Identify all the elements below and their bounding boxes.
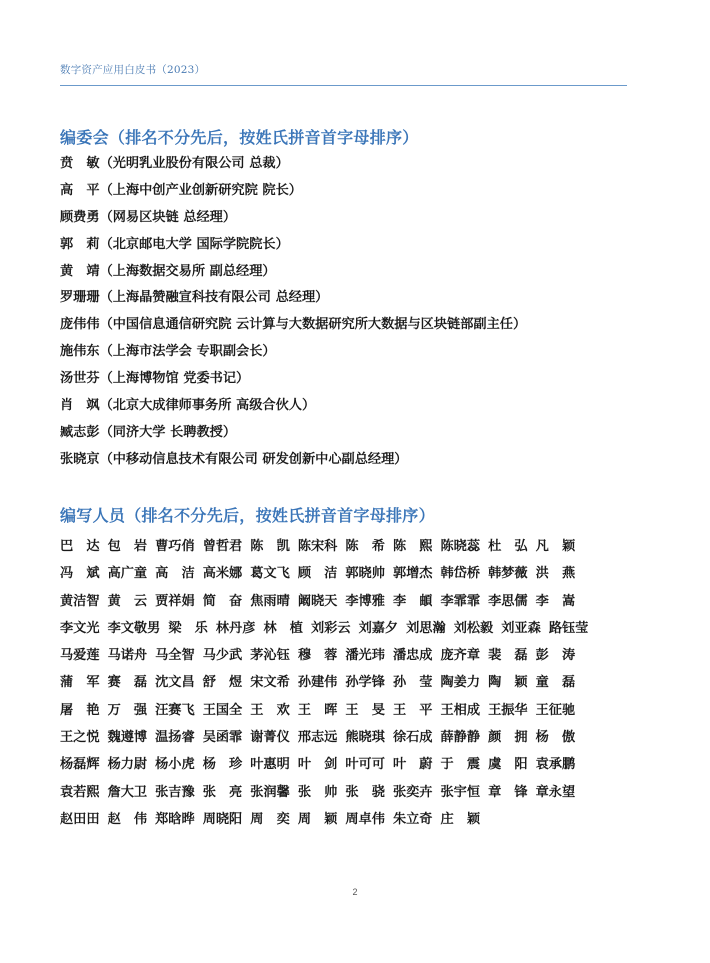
member-name: 郭 莉 bbox=[60, 235, 100, 255]
author-name: 赵 伟 bbox=[108, 810, 148, 837]
author-name: 孙学锋 bbox=[345, 673, 385, 700]
authors-section-title: 编写人员（排名不分先后，按姓氏拼音首字母排序） bbox=[60, 503, 435, 526]
author-name: 孙建伟 bbox=[298, 673, 338, 700]
author-name: 林丹彦 bbox=[216, 619, 256, 646]
member-name: 黄 靖 bbox=[60, 262, 100, 282]
member-affiliation: （北京邮电大学 国际学院院长） bbox=[100, 237, 289, 252]
author-name: 李文敬男 bbox=[108, 619, 161, 646]
author-name: 马诺舟 bbox=[108, 646, 148, 673]
committee-section-title: 编委会（排名不分先后，按姓氏拼音首字母排序） bbox=[60, 125, 419, 148]
author-name: 张吉豫 bbox=[155, 783, 195, 810]
author-name: 巴 达 bbox=[60, 537, 100, 564]
author-name: 路钰莹 bbox=[549, 619, 589, 646]
author-name: 沈文昌 bbox=[155, 673, 195, 700]
committee-member: 贲 敏（光明乳业股份有限公司 总裁） bbox=[60, 154, 526, 181]
authors-row: 袁若熙詹大卫张吉豫张 亮张润馨张 帅张 骁张奕卉张宇恒章 锋章永望 bbox=[60, 783, 660, 810]
author-name: 魏遵博 bbox=[108, 728, 148, 755]
author-name: 王相成 bbox=[441, 701, 481, 728]
author-name: 杨 珍 bbox=[203, 755, 243, 782]
author-name: 林 植 bbox=[263, 619, 303, 646]
author-name: 袁若熙 bbox=[60, 783, 100, 810]
header-rule bbox=[60, 85, 627, 86]
author-name: 梁 乐 bbox=[168, 619, 208, 646]
author-name: 熊晓琪 bbox=[345, 728, 385, 755]
author-name: 虞 阳 bbox=[488, 755, 528, 782]
author-name: 杜 弘 bbox=[488, 537, 528, 564]
committee-member: 施伟东（上海市法学会 专职副会长） bbox=[60, 342, 526, 369]
author-name: 高米娜 bbox=[203, 564, 243, 591]
author-name: 叶 剑 bbox=[298, 755, 338, 782]
committee-member: 臧志彭（同济大学 长聘教授） bbox=[60, 423, 526, 450]
author-name: 温扬睿 bbox=[155, 728, 195, 755]
member-affiliation: （光明乳业股份有限公司 总裁） bbox=[100, 156, 289, 171]
author-name: 颜 拥 bbox=[488, 728, 528, 755]
author-name: 周卓伟 bbox=[345, 810, 385, 837]
author-name: 焦雨晴 bbox=[250, 592, 290, 619]
member-affiliation: （上海市法学会 专职副会长） bbox=[100, 344, 276, 359]
author-name: 凡 颖 bbox=[536, 537, 576, 564]
page-number: 2 bbox=[0, 887, 710, 897]
author-name: 彭 涛 bbox=[536, 646, 576, 673]
authors-row: 李文光李文敬男梁 乐林丹彦林 植刘彩云刘嘉夕刘思瀚刘松毅刘亚森路钰莹 bbox=[60, 619, 660, 646]
author-name: 韩梦薇 bbox=[488, 564, 528, 591]
member-affiliation: （上海晶赞融宣科技有限公司 总经理） bbox=[100, 290, 329, 305]
author-name: 李文光 bbox=[60, 619, 100, 646]
author-name: 高广童 bbox=[108, 564, 148, 591]
authors-row: 巴 达包 岩曹巧俏曾哲君陈 凯陈宋科陈 希陈 熙陈晓蕊杜 弘凡 颖 bbox=[60, 537, 660, 564]
authors-row: 冯 斌高广童高 洁高米娜葛文飞顾 洁郭晓帅郭增杰韩岱桥韩梦薇洪 燕 bbox=[60, 564, 660, 591]
authors-row: 蒲 军赛 磊沈文昌舒 煜宋文希孙建伟孙学锋孙 莹陶姜力陶 颖童 磊 bbox=[60, 673, 660, 700]
author-name: 周晓阳 bbox=[203, 810, 243, 837]
committee-member: 张晓京（中移动信息技术有限公司 研发创新中心副总经理） bbox=[60, 450, 526, 477]
document-title: 数字资产应用白皮书（2023） bbox=[60, 63, 627, 77]
author-name: 周 颖 bbox=[298, 810, 338, 837]
author-name: 陈 熙 bbox=[393, 537, 433, 564]
author-name: 陈 希 bbox=[345, 537, 385, 564]
author-name: 张奕卉 bbox=[393, 783, 433, 810]
author-name: 潘光玮 bbox=[345, 646, 385, 673]
author-name: 陈宋科 bbox=[298, 537, 338, 564]
author-name: 葛文飞 bbox=[250, 564, 290, 591]
author-name: 冯 斌 bbox=[60, 564, 100, 591]
author-name: 刘彩云 bbox=[311, 619, 351, 646]
author-name: 陈晓蕊 bbox=[441, 537, 481, 564]
author-name: 黄洁智 bbox=[60, 592, 100, 619]
author-name: 袁承鹏 bbox=[536, 755, 576, 782]
author-name: 叶可可 bbox=[345, 755, 385, 782]
author-name: 童 磊 bbox=[536, 673, 576, 700]
author-name: 刘嘉夕 bbox=[359, 619, 399, 646]
author-name: 高 洁 bbox=[155, 564, 195, 591]
member-name: 施伟东 bbox=[60, 342, 100, 362]
author-name: 王 旻 bbox=[345, 701, 385, 728]
member-name: 张晓京 bbox=[60, 450, 100, 470]
member-affiliation: （中移动信息技术有限公司 研发创新中心副总经理） bbox=[100, 452, 408, 467]
author-name: 郑晗晔 bbox=[155, 810, 195, 837]
author-name: 马少武 bbox=[203, 646, 243, 673]
member-name: 庞伟伟 bbox=[60, 315, 100, 335]
author-name: 顾 洁 bbox=[298, 564, 338, 591]
author-name: 叶 蔚 bbox=[393, 755, 433, 782]
author-name: 张润馨 bbox=[250, 783, 290, 810]
author-name: 李 嵩 bbox=[536, 592, 576, 619]
member-name: 顾费勇 bbox=[60, 208, 100, 228]
author-name: 杨小虎 bbox=[155, 755, 195, 782]
author-name: 阚晓天 bbox=[298, 592, 338, 619]
member-affiliation: （北京大成律师事务所 高级合伙人） bbox=[100, 398, 316, 413]
author-name: 裴 磊 bbox=[488, 646, 528, 673]
author-name: 周 奕 bbox=[250, 810, 290, 837]
author-name: 王 晖 bbox=[298, 701, 338, 728]
author-name: 张 帅 bbox=[298, 783, 338, 810]
author-name: 孙 莹 bbox=[393, 673, 433, 700]
committee-member: 高 平（上海中创产业创新研究院 院长） bbox=[60, 181, 526, 208]
author-name: 赵田田 bbox=[60, 810, 100, 837]
author-name: 杨 傲 bbox=[536, 728, 576, 755]
author-name: 朱立奇 bbox=[393, 810, 433, 837]
running-header: 数字资产应用白皮书（2023） bbox=[60, 63, 627, 86]
member-affiliation: （上海数据交易所 副总经理） bbox=[100, 264, 276, 279]
member-name: 罗珊珊 bbox=[60, 288, 100, 308]
member-name: 肖 飒 bbox=[60, 396, 100, 416]
author-name: 庄 颖 bbox=[441, 810, 481, 837]
member-affiliation: （网易区块链 总经理） bbox=[100, 210, 236, 225]
author-name: 谢菁仪 bbox=[250, 728, 290, 755]
author-name: 王 平 bbox=[393, 701, 433, 728]
authors-row: 王之悦魏遵博温扬睿吴函霏谢菁仪邢志远熊晓琪徐石成薛静静颜 拥杨 傲 bbox=[60, 728, 660, 755]
author-name: 潘忠成 bbox=[393, 646, 433, 673]
member-name: 汤世芬 bbox=[60, 369, 100, 389]
member-name: 臧志彭 bbox=[60, 423, 100, 443]
author-name: 张 亮 bbox=[203, 783, 243, 810]
member-affiliation: （上海博物馆 党委书记） bbox=[100, 371, 250, 386]
author-name: 王 欢 bbox=[250, 701, 290, 728]
author-name: 简 奋 bbox=[203, 592, 243, 619]
author-name: 陶 颖 bbox=[488, 673, 528, 700]
authors-row: 黄洁智黄 云贾祥娟简 奋焦雨晴阚晓天李博雅李 頔李霏霏李思儒李 嵩 bbox=[60, 592, 660, 619]
author-name: 茅沁钰 bbox=[250, 646, 290, 673]
committee-member: 黄 靖（上海数据交易所 副总经理） bbox=[60, 262, 526, 289]
author-name: 刘松毅 bbox=[454, 619, 494, 646]
committee-member: 罗珊珊（上海晶赞融宣科技有限公司 总经理） bbox=[60, 288, 526, 315]
authors-row: 赵田田赵 伟郑晗晔周晓阳周 奕周 颖周卓伟朱立奇庄 颖 bbox=[60, 810, 660, 837]
author-name: 贾祥娟 bbox=[155, 592, 195, 619]
author-name: 屠 艳 bbox=[60, 701, 100, 728]
author-name: 杨力尉 bbox=[108, 755, 148, 782]
authors-row: 马爱莲马诺舟马全智马少武茅沁钰穆 蓉潘光玮潘忠成庞齐章裴 磊彭 涛 bbox=[60, 646, 660, 673]
author-name: 李霏霏 bbox=[441, 592, 481, 619]
author-name: 舒 煜 bbox=[203, 673, 243, 700]
author-name: 庞齐章 bbox=[441, 646, 481, 673]
author-name: 杨磊辉 bbox=[60, 755, 100, 782]
author-name: 李博雅 bbox=[345, 592, 385, 619]
committee-member: 郭 莉（北京邮电大学 国际学院院长） bbox=[60, 235, 526, 262]
author-name: 汪赛飞 bbox=[155, 701, 195, 728]
authors-row: 屠 艳万 强汪赛飞王国全王 欢王 晖王 旻王 平王相成王振华王征驰 bbox=[60, 701, 660, 728]
committee-list: 贲 敏（光明乳业股份有限公司 总裁）高 平（上海中创产业创新研究院 院长）顾费勇… bbox=[60, 154, 526, 477]
author-name: 张宇恒 bbox=[441, 783, 481, 810]
author-name: 马爱莲 bbox=[60, 646, 100, 673]
author-name: 蒲 军 bbox=[60, 673, 100, 700]
committee-member: 肖 飒（北京大成律师事务所 高级合伙人） bbox=[60, 396, 526, 423]
author-name: 王征驰 bbox=[536, 701, 576, 728]
committee-member: 汤世芬（上海博物馆 党委书记） bbox=[60, 369, 526, 396]
author-name: 穆 蓉 bbox=[298, 646, 338, 673]
member-affiliation: （中国信息通信研究院 云计算与大数据研究所大数据与区块链部副主任） bbox=[100, 317, 527, 332]
author-name: 郭增杰 bbox=[393, 564, 433, 591]
author-name: 邢志远 bbox=[298, 728, 338, 755]
author-name: 万 强 bbox=[108, 701, 148, 728]
author-name: 洪 燕 bbox=[536, 564, 576, 591]
author-name: 马全智 bbox=[155, 646, 195, 673]
author-name: 韩岱桥 bbox=[441, 564, 481, 591]
author-name: 章永望 bbox=[536, 783, 576, 810]
author-name: 李 頔 bbox=[393, 592, 433, 619]
author-name: 刘思瀚 bbox=[406, 619, 446, 646]
author-name: 章 锋 bbox=[488, 783, 528, 810]
author-name: 吴函霏 bbox=[203, 728, 243, 755]
author-name: 曾哲君 bbox=[203, 537, 243, 564]
author-name: 赛 磊 bbox=[108, 673, 148, 700]
committee-member: 庞伟伟（中国信息通信研究院 云计算与大数据研究所大数据与区块链部副主任） bbox=[60, 315, 526, 342]
member-affiliation: （同济大学 长聘教授） bbox=[100, 425, 236, 440]
member-name: 贲 敏 bbox=[60, 154, 100, 174]
author-name: 于 震 bbox=[441, 755, 481, 782]
author-name: 王振华 bbox=[488, 701, 528, 728]
author-name: 刘亚森 bbox=[501, 619, 541, 646]
authors-grid: 巴 达包 岩曹巧俏曾哲君陈 凯陈宋科陈 希陈 熙陈晓蕊杜 弘凡 颖冯 斌高广童高… bbox=[60, 537, 660, 837]
committee-member: 顾费勇（网易区块链 总经理） bbox=[60, 208, 526, 235]
author-name: 宋文希 bbox=[250, 673, 290, 700]
author-name: 叶惠明 bbox=[250, 755, 290, 782]
author-name: 曹巧俏 bbox=[155, 537, 195, 564]
author-name: 李思儒 bbox=[488, 592, 528, 619]
author-name: 詹大卫 bbox=[108, 783, 148, 810]
author-name: 王之悦 bbox=[60, 728, 100, 755]
member-name: 高 平 bbox=[60, 181, 100, 201]
author-name: 黄 云 bbox=[108, 592, 148, 619]
authors-row: 杨磊辉杨力尉杨小虎杨 珍叶惠明叶 剑叶可可叶 蔚于 震虞 阳袁承鹏 bbox=[60, 755, 660, 782]
author-name: 王国全 bbox=[203, 701, 243, 728]
author-name: 陶姜力 bbox=[441, 673, 481, 700]
author-name: 郭晓帅 bbox=[345, 564, 385, 591]
author-name: 徐石成 bbox=[393, 728, 433, 755]
author-name: 薛静静 bbox=[441, 728, 481, 755]
author-name: 张 骁 bbox=[345, 783, 385, 810]
member-affiliation: （上海中创产业创新研究院 院长） bbox=[100, 183, 302, 198]
author-name: 包 岩 bbox=[108, 537, 148, 564]
author-name: 陈 凯 bbox=[250, 537, 290, 564]
